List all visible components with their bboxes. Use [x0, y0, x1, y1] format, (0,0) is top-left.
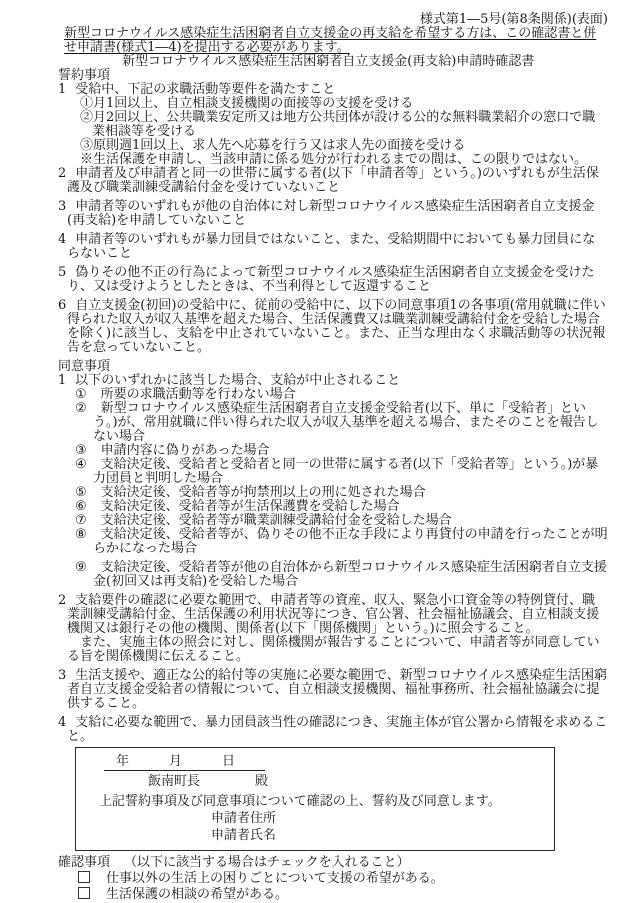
item-number: 2 [58, 166, 66, 181]
subitem-text: 支給決定後、受給者等が他の自治体から新型コロナウイルス感染症生活困窮者自立支援金… [93, 560, 607, 589]
subitem-text: 支給決定後、受給者等が拘禁刑以上の刑に処された場合 [101, 485, 426, 500]
year-label: 年 [116, 754, 129, 769]
checklist-heading: 確認事項 [58, 855, 110, 870]
consent-item-1: 1以下のいずれかに該当した場合、支給が中止されること [58, 374, 608, 388]
subitem-number: ⑤ [75, 485, 87, 500]
pledge-subitem-1: ①月1回以上、自立相談支援機関の面接等の支援を受ける [58, 97, 608, 111]
subitem-text: 支給決定後、受給者と受給者と同一の世帯に属する者(以下「受給者等」という。)が暴… [93, 457, 598, 486]
subitem-text: 新型コロナウイルス感染症生活困窮者自立支援金受給者(以下、単に「受給者」という。… [93, 401, 599, 444]
addressee-line: 飯南町長殿 [90, 775, 544, 789]
honorific: 殿 [255, 774, 268, 789]
item-text: 支給に必要な範囲で、暴力団員該当性の確認につき、実施主体が官公署から情報を求める… [67, 715, 607, 744]
consent-subitem-3: ③申請内容に偽りがあった場合 [75, 444, 608, 458]
pledge-item-1: 1受給中、下記の求職活動等要件を満たすこと [58, 83, 608, 97]
item-text: 生活支援や、適正な公的給付等の実施に必要な範囲で、新型コロナウイルス感染症生活困… [67, 668, 607, 711]
checklist-label: 仕事以外の生活上の困りごとについて支援の希望がある。 [106, 871, 444, 886]
subitem-number: ⑧ [75, 527, 87, 542]
checkbox-icon[interactable] [78, 887, 90, 899]
applicant-name-label: 申請者氏名 [211, 828, 276, 843]
checklist-item-2: 生活保護の相談の希望がある。 [78, 887, 608, 902]
subitem-number: ④ [75, 457, 87, 472]
item-number: 3 [58, 199, 66, 214]
checklist-item-1: 仕事以外の生活上の困りごとについて支援の希望がある。 [78, 871, 608, 886]
addressee-name: 飯南町長 [148, 774, 200, 789]
item-text: 申請者等のいずれもが他の自治体に対し新型コロナウイルス感染症生活困窮者自立支援金… [67, 199, 595, 228]
month-label: 月 [169, 754, 182, 769]
item-number: 2 [58, 593, 66, 608]
item-number: 6 [58, 298, 66, 313]
checkbox-icon[interactable] [78, 871, 90, 883]
applicant-address-field[interactable] [276, 811, 406, 822]
consent-heading: 同意事項 [58, 360, 608, 374]
form-number: 様式第1―5号(第8条関係)(表面) [58, 13, 608, 27]
consent-subitem-9: ⑨支給決定後、受給者等が他の自治体から新型コロナウイルス感染症生活困窮者自立支援… [75, 561, 608, 589]
pledge-item-2: 2申請者及び申請者と同一の世帯に属する者(以下「申請者等」という。)のいずれもが… [58, 167, 608, 195]
consent-subitem-5: ⑤支給決定後、受給者等が拘禁刑以上の刑に処された場合 [75, 486, 608, 500]
applicant-name-field[interactable] [276, 828, 406, 839]
subitem-number: ⑦ [75, 513, 87, 528]
document-page: 様式第1―5号(第8条関係)(表面) 新型コロナウイルス感染症生活困窮者自立支援… [0, 0, 630, 903]
notice-underlined: 新型コロナウイルス感染症生活困窮者自立支援金の再支給を希望する方は、この確認書と… [64, 27, 608, 55]
pledge-subitem-2: ②月2回以上、公共職業安定所又は地方公共団体が設ける公的な無料職業紹介の窓口で職… [58, 111, 608, 139]
consent-item-2: 2支給要件の確認に必要な範囲で、申請者等の資産、収入、緊急小口資金等の特例貸付、… [58, 594, 608, 636]
subitem-text: 支給決定後、受給者等が、偽りその他不正な手段により再貸付の申請を行ったことが明ら… [93, 527, 608, 556]
item-text: 受給中、下記の求職活動等要件を満たすこと [75, 82, 335, 97]
item-number: 1 [58, 373, 66, 388]
consent-subitem-1: ①所要の求職活動等を行わない場合 [75, 388, 608, 402]
pledge-statement: 上記誓約事項及び同意事項について確認の上、誓約及び同意します。 [99, 795, 544, 809]
consent-subitem-4: ④支給決定後、受給者と受給者と同一の世帯に属する者(以下「受給者等」という。)が… [75, 458, 608, 486]
consent-subitem-7: ⑦支給決定後、受給者等が職業訓練受講給付金を受給した場合 [75, 514, 608, 528]
checklist-label: 生活保護の相談の希望がある。 [106, 887, 288, 902]
subitem-text: 申請内容に偽りがあった場合 [101, 443, 270, 458]
date-field[interactable]: 年月日 [90, 755, 544, 772]
checklist-heading-row: 確認事項（以下に該当する場合はチェックを入れること） [58, 856, 608, 870]
item-text: 偽りその他不正の行為によって新型コロナウイルス感染症生活困窮者自立支援金を受けた… [67, 265, 595, 294]
subitem-text: 所要の求職活動等を行わない場合 [101, 387, 296, 402]
item-text: 申請者等のいずれもが暴力団員ではないこと、また、受給期間中においても暴力団員にな… [67, 232, 595, 261]
subitem-number: ② [75, 401, 87, 416]
pledge-subitem-note: ※生活保護を申請し、当該申請に係る処分が行われるまでの間は、この限りではない。 [58, 153, 608, 167]
pledge-item-3: 3申請者等のいずれもが他の自治体に対し新型コロナウイルス感染症生活困窮者自立支援… [58, 200, 608, 228]
applicant-address-label: 申請者住所 [211, 811, 276, 826]
item-number: 1 [58, 82, 66, 97]
item-number: 5 [58, 265, 66, 280]
item-text: 以下のいずれかに該当した場合、支給が中止されること [75, 373, 400, 388]
subitem-number: ⑥ [75, 499, 87, 514]
applicant-name-row: 申請者氏名 [211, 828, 544, 843]
item-text: 申請者及び申請者と同一の世帯に属する者(以下「申請者等」という。)のいずれもが生… [67, 166, 599, 195]
item-number: 3 [58, 668, 66, 683]
subitem-number: ⑨ [75, 560, 87, 575]
applicant-address-row: 申請者住所 [211, 811, 544, 826]
subitem-number: ③ [75, 443, 87, 458]
subitem-text: 支給決定後、受給者等が生活保護費を受給した場合 [101, 499, 400, 514]
day-label: 日 [222, 754, 235, 769]
consent-subitem-8: ⑧支給決定後、受給者等が、偽りその他不正な手段により再貸付の申請を行ったことが明… [75, 528, 608, 556]
signature-box: 年月日 飯南町長殿 上記誓約事項及び同意事項について確認の上、誓約及び同意します… [75, 747, 555, 851]
pledge-item-4: 4申請者等のいずれもが暴力団員ではないこと、また、受給期間中においても暴力団員に… [58, 233, 608, 261]
consent-item-4: 4支給に必要な範囲で、暴力団員該当性の確認につき、実施主体が官公署から情報を求め… [58, 716, 608, 744]
item-number: 4 [58, 232, 66, 247]
pledge-subitem-3: ③原則週1回以上、求人先へ応募を行う又は求人先の面接を受ける [58, 139, 608, 153]
page-title: 新型コロナウイルス感染症生活困窮者自立支援金(再支給)申請時確認書 [122, 55, 608, 69]
item-text: 支給要件の確認に必要な範囲で、申請者等の資産、収入、緊急小口資金等の特例貸付、職… [67, 593, 599, 636]
item-number: 4 [58, 715, 66, 730]
subitem-number: ① [75, 387, 87, 402]
consent-item-3: 3生活支援や、適正な公的給付等の実施に必要な範囲で、新型コロナウイルス感染症生活… [58, 669, 608, 711]
pledge-item-5: 5偽りその他不正の行為によって新型コロナウイルス感染症生活困窮者自立支援金を受け… [58, 266, 608, 294]
pledge-heading: 誓約事項 [58, 69, 608, 83]
consent-item-2-continuation: また、実施主体の照会に対し、関係機関が報告することについて、申請者等が同意してい… [58, 636, 608, 664]
consent-subitem-6: ⑥支給決定後、受給者等が生活保護費を受給した場合 [75, 500, 608, 514]
item-text: 自立支援金(初回)の受給中に、従前の受給中に、以下の同意事項1の各事項(常用就職… [67, 298, 606, 355]
checklist-note: （以下に該当する場合はチェックを入れること） [124, 855, 410, 870]
date-underline[interactable]: 年月日 [104, 755, 265, 771]
subitem-text: 支給決定後、受給者等が職業訓練受講給付金を受給した場合 [101, 513, 452, 528]
consent-subitem-2: ②新型コロナウイルス感染症生活困窮者自立支援金受給者(以下、単に「受給者」という… [75, 402, 608, 444]
pledge-item-6: 6自立支援金(初回)の受給中に、従前の受給中に、以下の同意事項1の各事項(常用就… [58, 299, 608, 355]
